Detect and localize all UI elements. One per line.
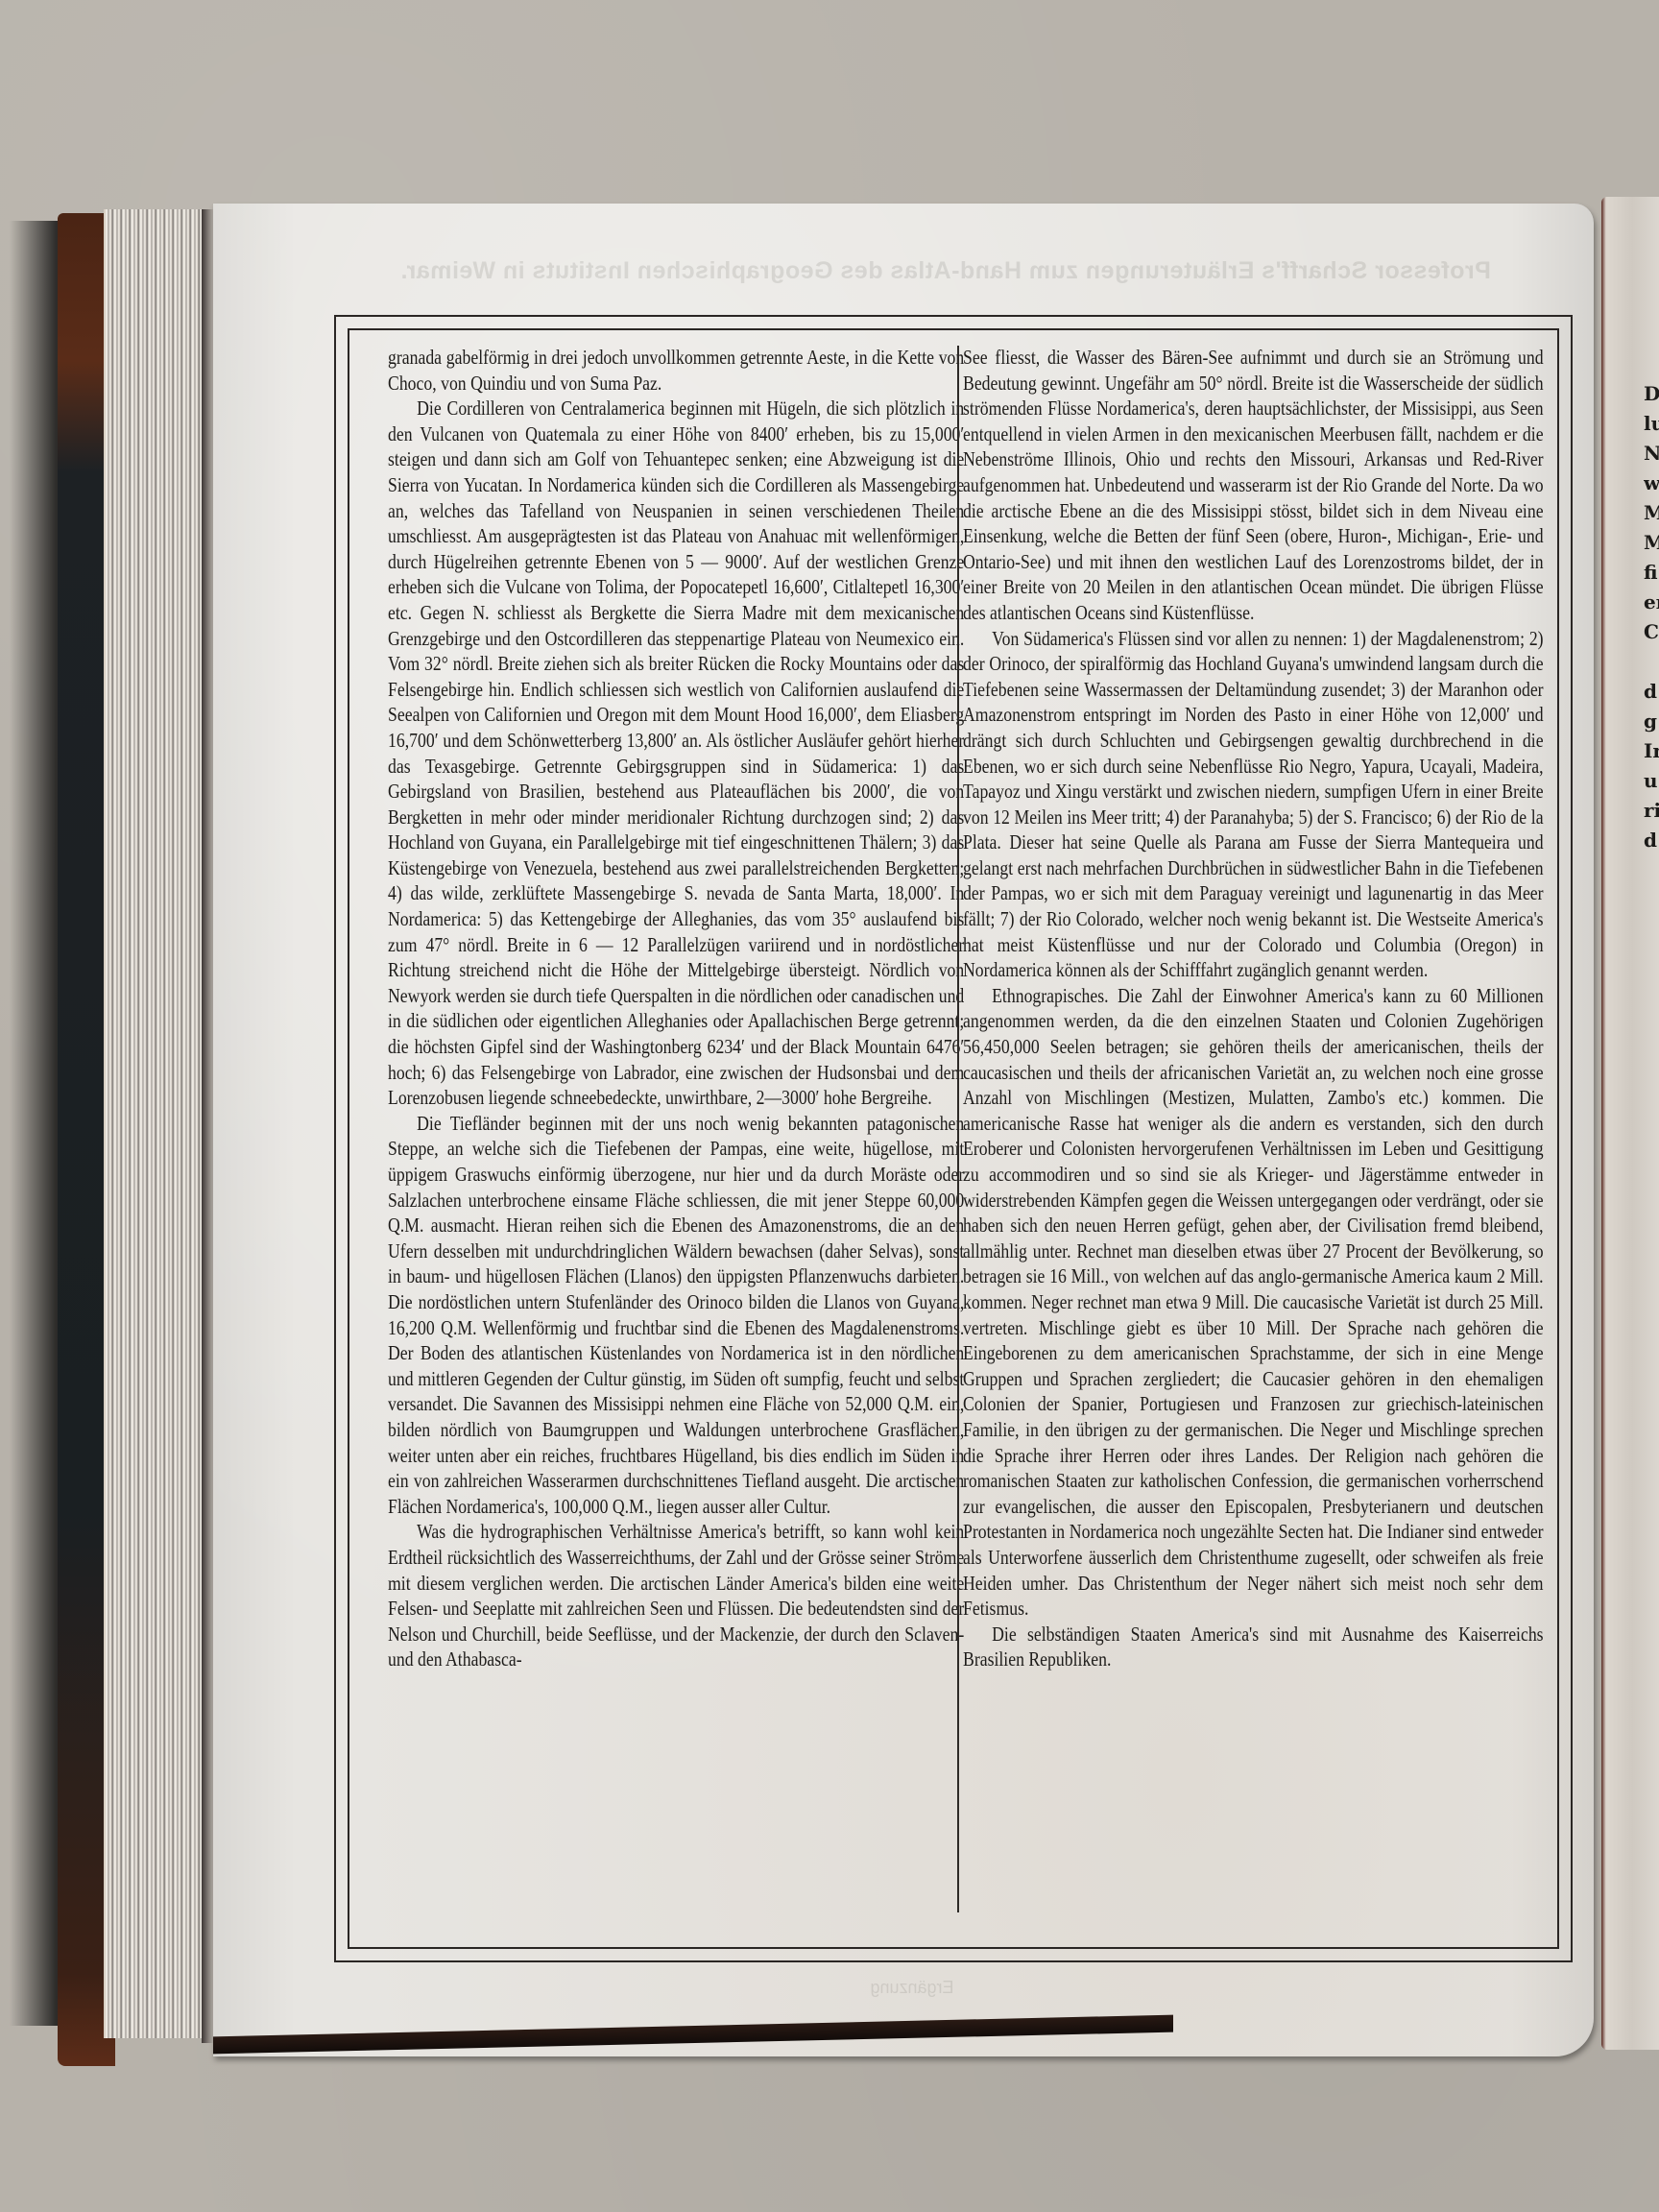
paragraph: See fliesst, die Wasser des Bären-See au… (963, 346, 1544, 627)
page-stack-edges (104, 209, 206, 2038)
text-column-right: See fliesst, die Wasser des Bären-See au… (963, 346, 1544, 1673)
paragraph: Die Tiefländer beginnen mit der uns noch… (388, 1112, 964, 1521)
paragraph: Von Südamerica's Flüssen sind vor allen … (963, 627, 1544, 984)
footer-showthrough: Ergänzung (845, 1978, 979, 1998)
facing-page-text-fragment: D lu N w M M fi er C d g In u ri d (1644, 379, 1659, 855)
column-divider (957, 346, 959, 1912)
paragraph: Was die hydrographischen Verhältnisse Am… (388, 1520, 964, 1673)
paragraph: Ethnograpisches. Die Zahl der Einwohner … (963, 984, 1544, 1623)
text-column-left: granada gabelförmig in drei jedoch unvol… (388, 346, 964, 1673)
running-head-showthrough: Professor Scharff's Erläuterungen zum Ha… (360, 257, 1531, 285)
paragraph: Die Cordilleren von Centralamerica begin… (388, 397, 964, 1112)
paragraph: Die selbständigen Staaten America's sind… (963, 1623, 1544, 1673)
paragraph: granada gabelförmig in drei jedoch unvol… (388, 346, 964, 397)
